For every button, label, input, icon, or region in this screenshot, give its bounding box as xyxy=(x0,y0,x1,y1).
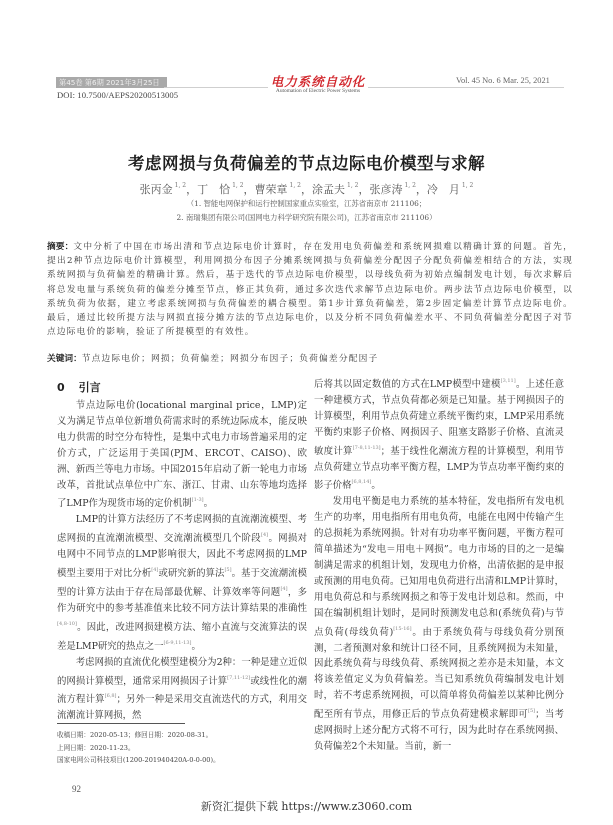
author-affiliation-mark: 1, 2 xyxy=(232,182,243,189)
body-paragraph: 后将其以固定数值的方式在LMP模型中建模[3,11]。上述任意一种建模方式，节点… xyxy=(314,374,564,494)
citation-ref[interactable]: [4] xyxy=(261,532,268,538)
citation-ref[interactable]: [3,11] xyxy=(501,378,516,384)
citation-ref[interactable]: [4] xyxy=(151,567,158,573)
author-affiliation-mark: 1, 2 xyxy=(290,182,301,189)
section-number: 0 xyxy=(57,381,65,394)
footnote-received: 收稿日期：2020-05-13；修回日期：2020-08-31。 xyxy=(57,729,220,742)
author-separator: ， xyxy=(416,183,427,196)
keywords: 关键词：节点边际电价；网损；负荷偏差；网损分布因子；负荷偏差分配因子 xyxy=(47,352,573,364)
abstract-text: 文中分析了中国在市场出清和节点边际电价计算时，存在发用电负荷偏差和系统网损难以精… xyxy=(47,242,573,337)
citation-ref[interactable]: [7,11-12] xyxy=(227,675,250,681)
section-title: 引言 xyxy=(79,381,101,394)
citation-ref[interactable]: [6,8] xyxy=(105,693,117,699)
author-list: 张丙金1, 2，丁 恰1, 2，曹荣章1, 2，涂孟夫1, 2，张彦涛1, 2，… xyxy=(0,181,613,197)
footnote-rule xyxy=(57,723,185,724)
author-separator: ， xyxy=(358,183,369,196)
volume-info: Vol. 45 No. 6 Mar. 25, 2021 xyxy=(452,76,550,85)
citation-ref[interactable]: [7-8,11-13] xyxy=(353,445,381,451)
issue-info-bar: 第45卷 第6期 2021年3月25日 xyxy=(56,77,167,88)
citation-ref[interactable]: [15-16] xyxy=(393,626,411,632)
body-paragraph: LMP的计算方法经历了不考虑网损的直流潮流模型、考虑网损的直流潮流模型、交流潮流… xyxy=(57,512,307,654)
citation-ref[interactable]: [5] xyxy=(528,708,535,714)
page-number: 92 xyxy=(72,784,81,794)
keywords-label: 关键词： xyxy=(47,354,82,364)
footnotes: 收稿日期：2020-05-13；修回日期：2020-08-31。 上网日期：20… xyxy=(57,729,220,767)
citation-ref[interactable]: [1-3] xyxy=(192,497,204,503)
author-separator: ， xyxy=(186,183,197,196)
right-column: 后将其以固定数值的方式在LMP模型中建模[3,11]。上述任意一种建模方式，节点… xyxy=(314,374,564,755)
author-name: 冷 月 xyxy=(427,183,460,196)
left-column: 节点边际电价(locational marginal price，LMP)定义为… xyxy=(57,398,307,724)
author-name: 曹荣章 xyxy=(255,183,288,196)
author-affiliation-mark: 1, 2 xyxy=(347,182,358,189)
author-affiliation-mark: 1, 2 xyxy=(404,182,415,189)
citation-ref[interactable]: [6-9,11-13] xyxy=(164,640,192,646)
abstract: 摘要：文中分析了中国在市场出清和节点边际电价计算时，存在发用电负荷偏差和系统网损… xyxy=(47,240,573,339)
author-affiliation-mark: 1, 2 xyxy=(175,182,186,189)
citation-ref[interactable]: [5] xyxy=(224,567,231,573)
affiliation-2: 2. 南瑞集团有限公司(国网电力科学研究院有限公司)，江苏省南京市 211106… xyxy=(0,212,613,223)
author-name: 张丙金 xyxy=(140,183,173,196)
paper-title: 考虑网损与负荷偏差的节点边际电价模型与求解 xyxy=(0,150,613,174)
watermark-link[interactable]: 新资汇提供下载 https://www.z3060.com xyxy=(0,798,613,814)
author-name: 张彦涛 xyxy=(369,183,402,196)
citation-ref[interactable]: [4] xyxy=(280,586,287,592)
body-paragraph: 考虑网损的直流优化模型建模分为2种：一种是建立近似的网损计算模型，通常采用网损因… xyxy=(57,655,307,725)
citation-ref[interactable]: [4,8-10] xyxy=(57,621,77,627)
keywords-text: 节点边际电价；网损；负荷偏差；网损分布因子；负荷偏差分配因子 xyxy=(82,354,379,364)
footnote-funding: 国家电网公司科技项目(1200-201940420A-0-0-00)。 xyxy=(57,754,220,767)
body-paragraph: 节点边际电价(locational marginal price，LMP)定义为… xyxy=(57,398,307,512)
affiliation-1: （1. 智能电网保护和运行控制国家重点实验室，江苏省南京市 211106； xyxy=(0,198,613,209)
doi-link[interactable]: DOI: 10.7500/AEPS20200513005 xyxy=(57,90,178,100)
footnote-online: 上网日期：2020-11-23。 xyxy=(57,742,220,755)
citation-ref[interactable]: [6,8,14] xyxy=(352,479,372,485)
abstract-label: 摘要： xyxy=(47,242,73,252)
author-name: 涂孟夫 xyxy=(312,183,345,196)
body-paragraph: 发用电平衡是电力系统的基本特征，发电指所有发电机生产的功率，用电指所有用电负荷，… xyxy=(314,494,564,755)
journal-name-en: Automation of Electric Power Systems xyxy=(262,88,374,94)
author-affiliation-mark: 1, 2 xyxy=(462,182,473,189)
author-separator: ， xyxy=(301,183,312,196)
author-name: 丁 恰 xyxy=(197,183,230,196)
author-separator: ， xyxy=(244,183,255,196)
section-heading: 0引言 xyxy=(57,379,101,395)
